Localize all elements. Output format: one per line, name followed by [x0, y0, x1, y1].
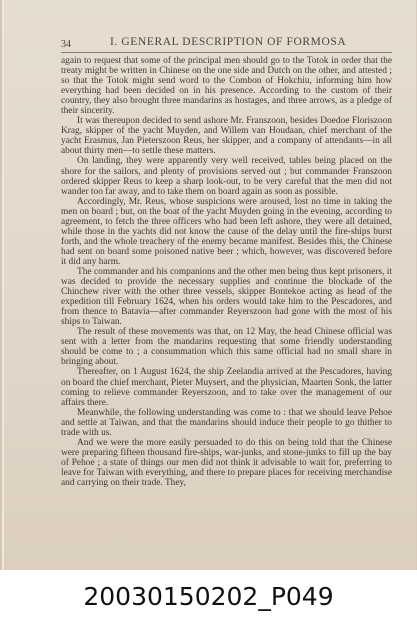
paragraph: Accordingly, Mr. Reus, whose suspicions …: [61, 197, 392, 267]
paragraph: On landing, they were apparently very we…: [61, 156, 392, 196]
page-number: 34: [61, 39, 71, 50]
page-body: again to request that some of the princi…: [61, 56, 392, 488]
page-edge: [2, 0, 4, 570]
paragraph: Thereafter, on 1 August 1624, the ship Z…: [61, 367, 392, 407]
running-header: 34 I. GENERAL DESCRIPTION OF FORMOSA: [61, 36, 392, 53]
paragraph: The result of these movements was that, …: [61, 327, 392, 367]
running-head-title: I. GENERAL DESCRIPTION OF FORMOSA: [110, 36, 346, 48]
paragraph: The commander and his companions and the…: [61, 267, 392, 327]
paragraph: It was thereupon decided to send ashore …: [61, 116, 392, 156]
scanned-book-page: 34 I. GENERAL DESCRIPTION OF FORMOSA aga…: [0, 0, 417, 570]
paragraph: Meanwhile, the following understanding w…: [61, 408, 392, 438]
paragraph: again to request that some of the princi…: [61, 56, 392, 116]
paragraph: And we were the more easily persuaded to…: [61, 438, 392, 488]
scan-id-caption: 20030150202_P049: [0, 582, 417, 611]
